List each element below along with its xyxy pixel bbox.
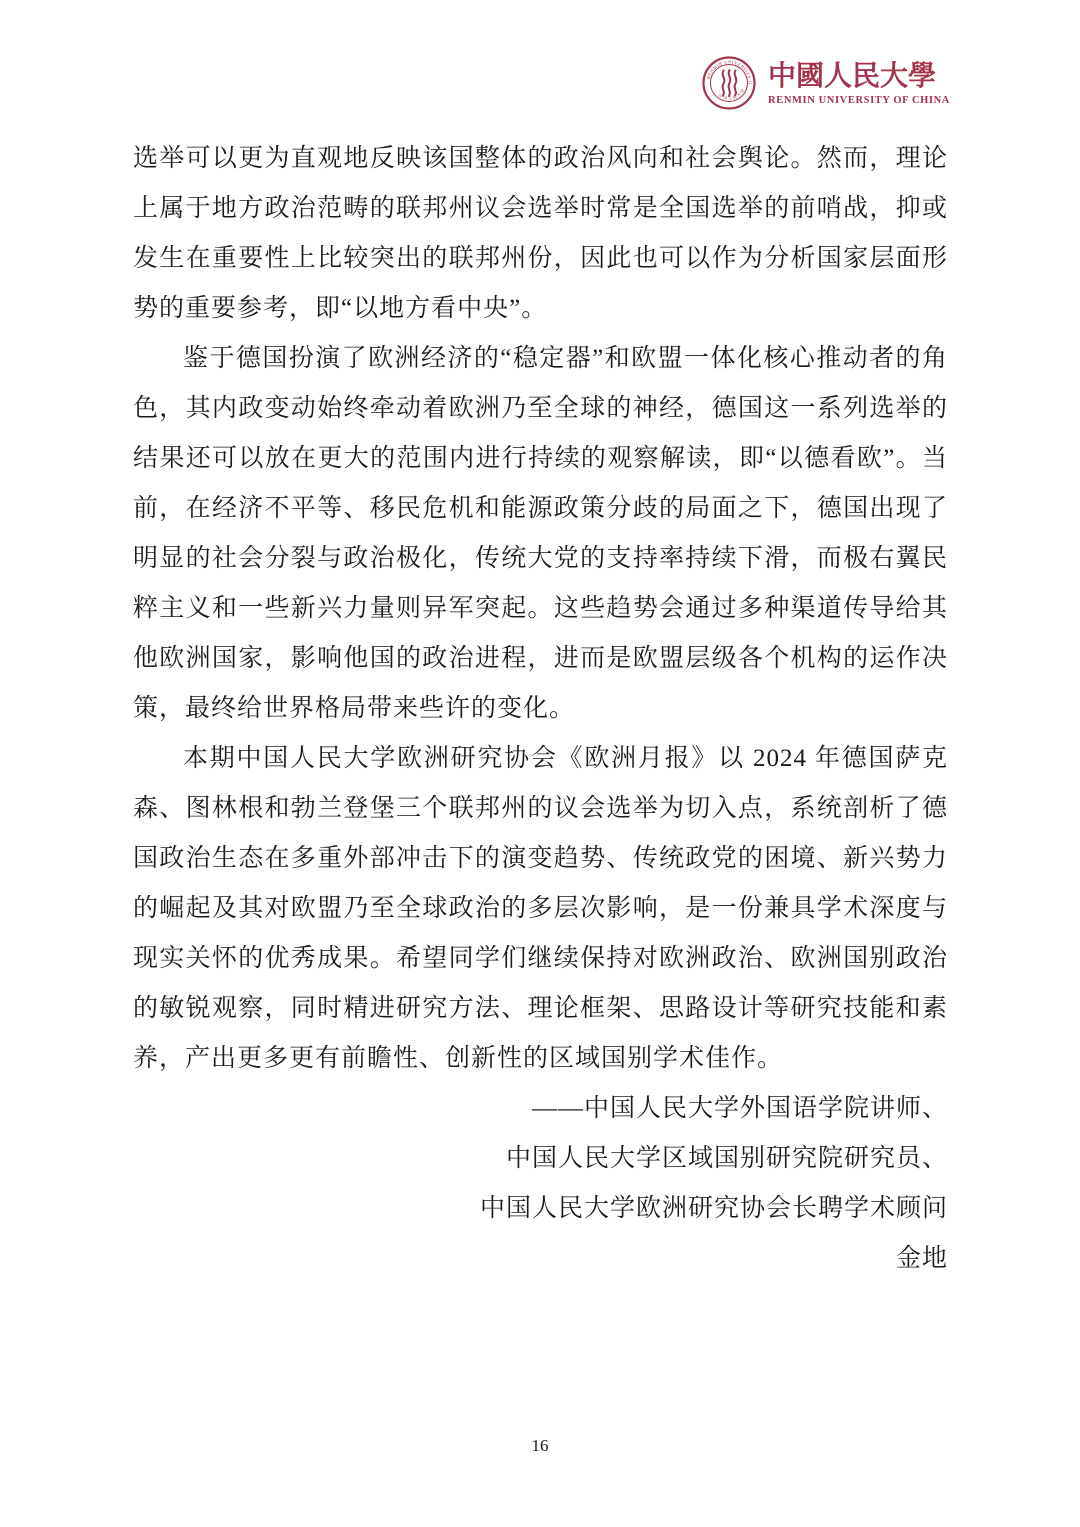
document-body: 选举可以更为直观地反映该国整体的政治风向和社会舆论。然而，理论上属于地方政治范畴… bbox=[133, 134, 948, 1284]
svg-text:RENMIN UNIVERSITY OF CHINA: RENMIN UNIVERSITY OF CHINA bbox=[701, 55, 753, 85]
document-page: RENMIN UNIVERSITY OF CHINA 中国人民大学 中國人民大學… bbox=[0, 0, 1080, 1527]
university-name-en: RENMIN UNIVERSITY OF CHINA bbox=[768, 95, 950, 106]
university-logo-text: 中國人民大學 RENMIN UNIVERSITY OF CHINA bbox=[768, 61, 950, 106]
paragraph-2: 鉴于德国扮演了欧洲经济的“稳定器”和欧盟一体化核心推动者的角色，其内政变动始终牵… bbox=[133, 334, 948, 734]
page-number: 16 bbox=[0, 1436, 1080, 1456]
university-logo: RENMIN UNIVERSITY OF CHINA 中国人民大学 中國人民大學… bbox=[701, 55, 950, 111]
signature-line-1: ——中国人民大学外国语学院讲师、 bbox=[133, 1084, 948, 1134]
signature-author: 金地 bbox=[133, 1234, 948, 1284]
signature-line-2: 中国人民大学区域国别研究院研究员、 bbox=[133, 1134, 948, 1184]
university-seal-icon: RENMIN UNIVERSITY OF CHINA 中国人民大学 bbox=[701, 55, 757, 111]
paragraph-1: 选举可以更为直观地反映该国整体的政治风向和社会舆论。然而，理论上属于地方政治范畴… bbox=[133, 134, 948, 334]
paragraph-3: 本期中国人民大学欧洲研究协会《欧洲月报》以 2024 年德国萨克森、图林根和勃兰… bbox=[133, 734, 948, 1084]
signature-line-3: 中国人民大学欧洲研究协会长聘学术顾问 bbox=[133, 1184, 948, 1234]
university-name-cn: 中國人民大學 bbox=[768, 61, 936, 93]
